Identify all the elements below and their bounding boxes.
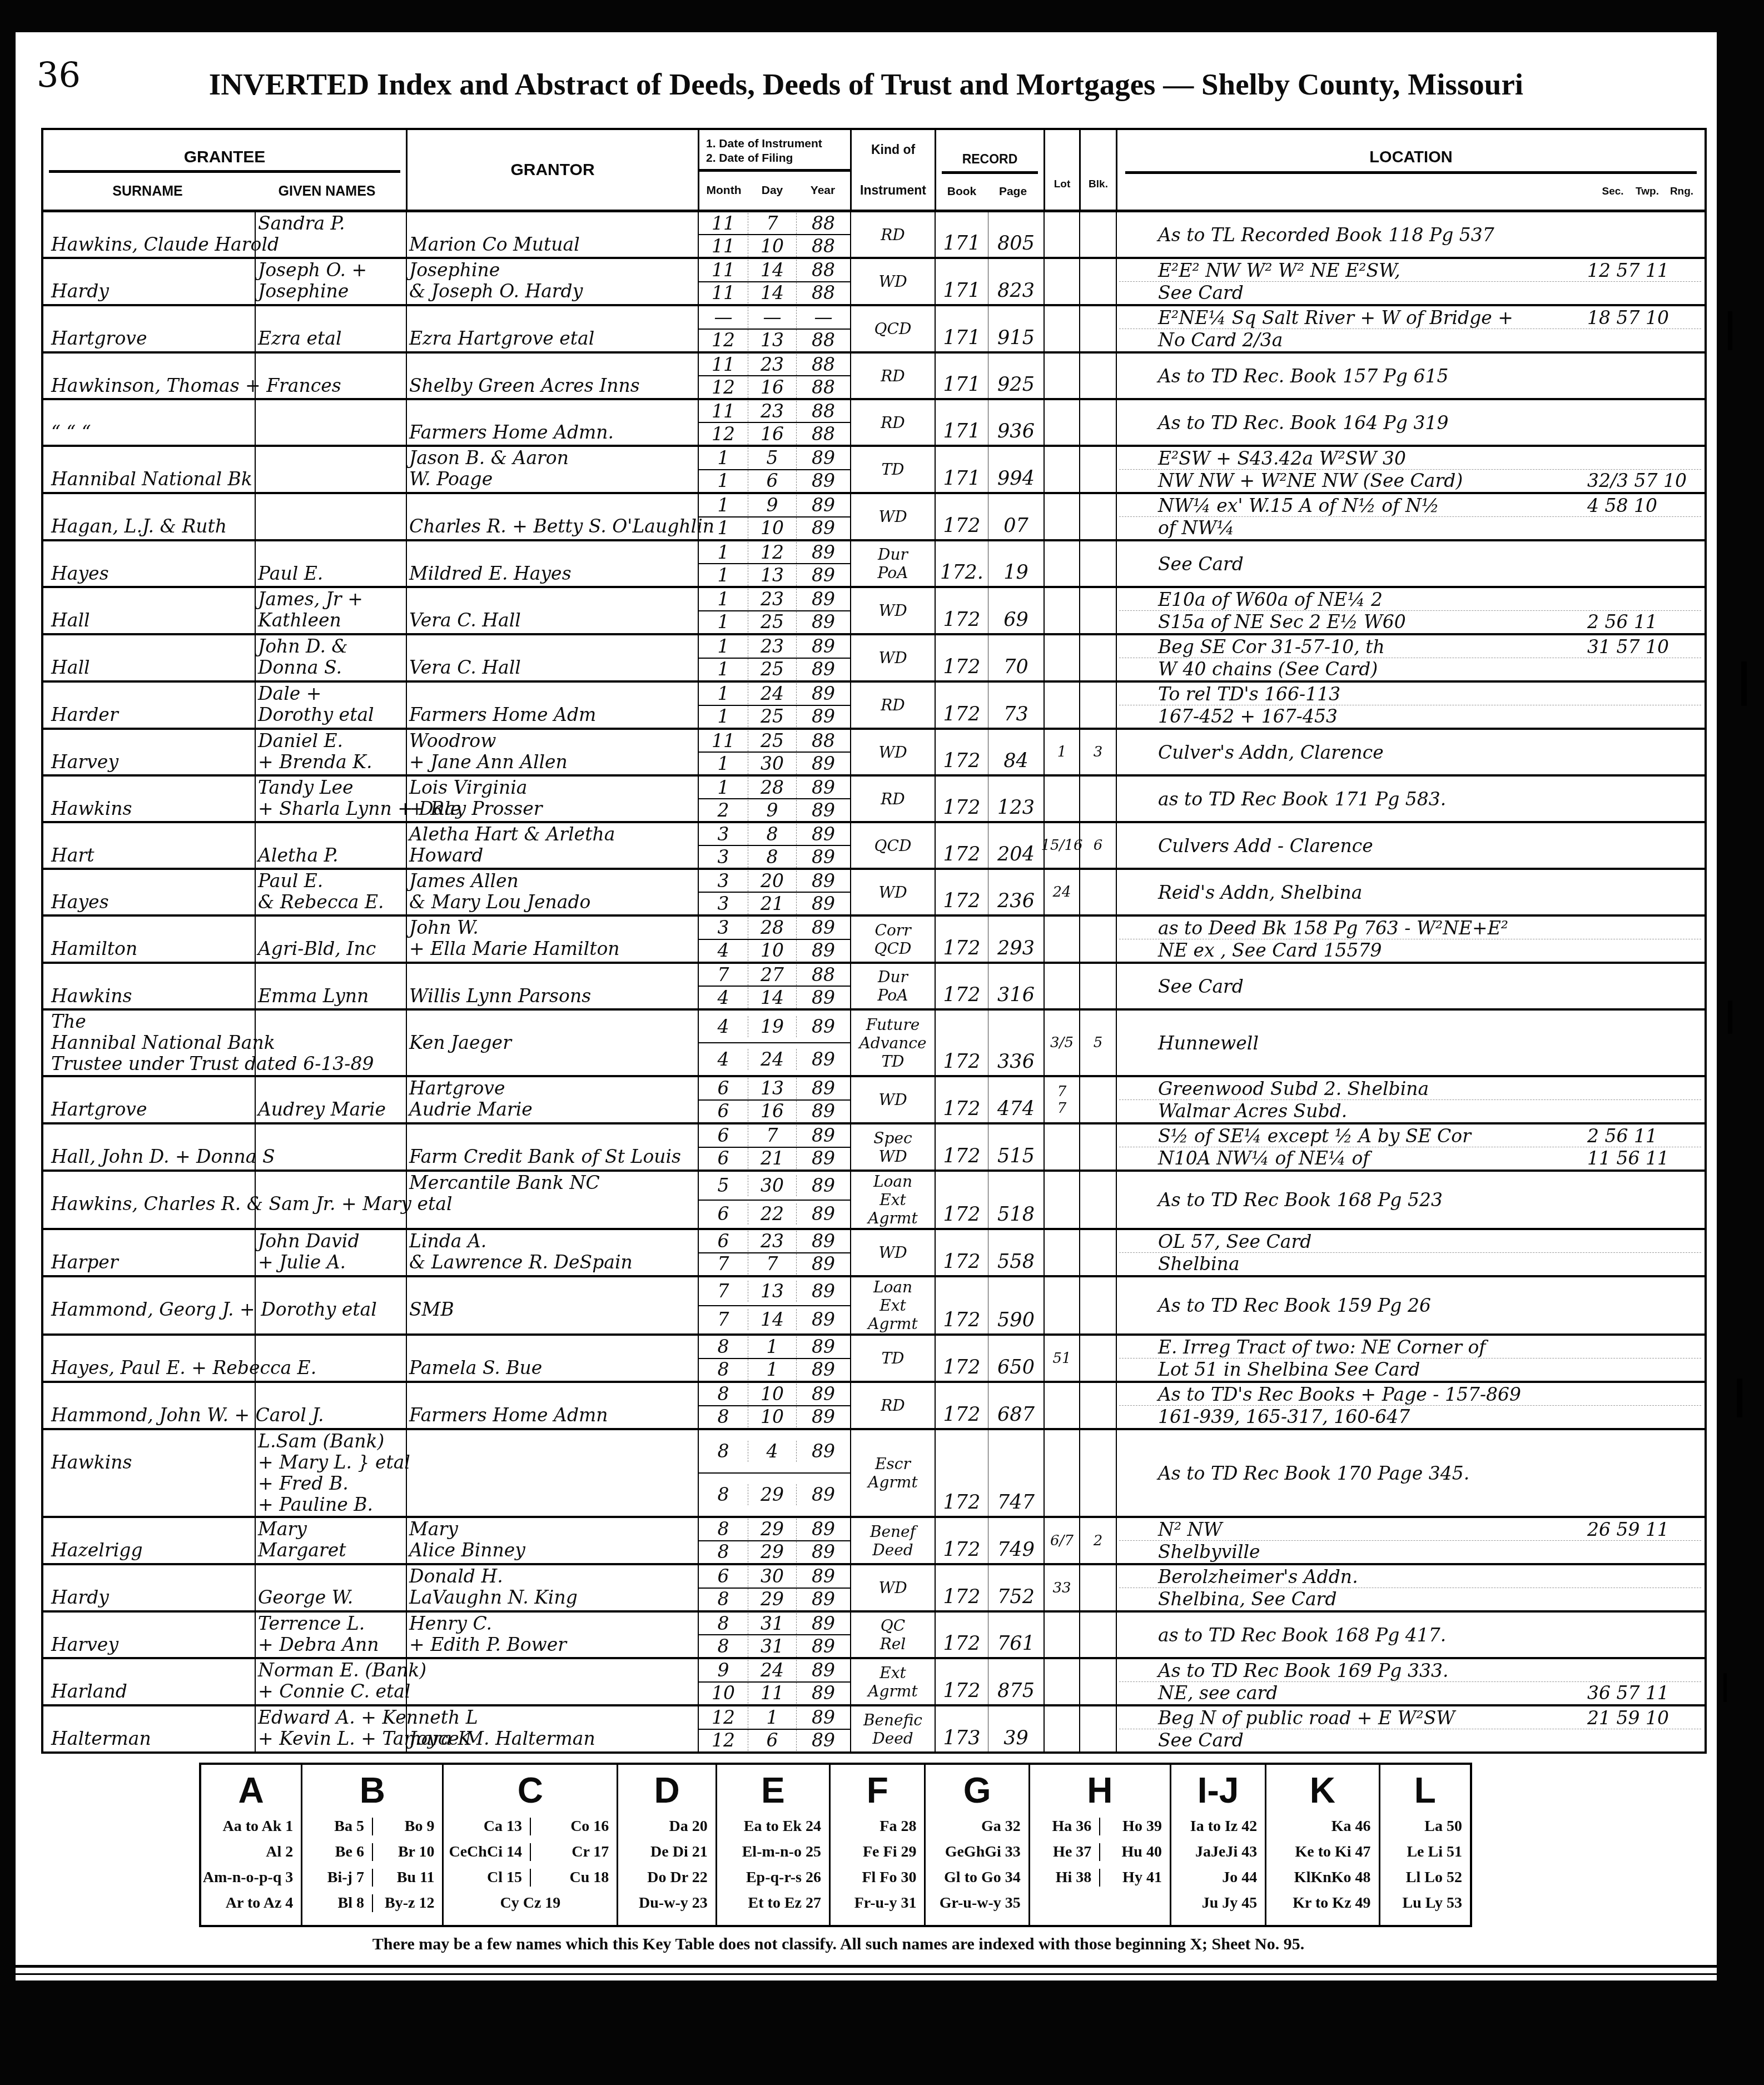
date-cell: 198911089 [698, 494, 850, 539]
blk-value [1079, 870, 1116, 914]
grantor: Willis Lynn Parsons [406, 964, 698, 1008]
record-page: 70 [988, 635, 1044, 680]
blk-value: 5 [1079, 1011, 1116, 1075]
key-entry: Hu 40 [1099, 1843, 1170, 1861]
lot-value [1044, 1659, 1079, 1704]
grantee-given-names: John David+ Julie A. [255, 1230, 406, 1275]
grantee-surname: Harvey [43, 1613, 255, 1657]
table-row: HarderDale +Dorothy etalFarmers Home Adm… [43, 683, 1705, 730]
record-book: 171 [935, 306, 988, 351]
key-row: GeGhGi 33 [926, 1839, 1028, 1865]
key-row: Be 6Br 10 [302, 1839, 442, 1865]
key-entry: Ea to Ek 24 [717, 1818, 829, 1835]
grantee-surname: Hartgrove [43, 306, 255, 351]
date-cell: 678962189 [698, 1124, 850, 1170]
record-book: 172 [935, 1565, 988, 1610]
grantee-surname: Hawkins, Claude Harold [43, 212, 255, 257]
key-entry: Ll Lo 52 [1380, 1869, 1470, 1887]
grantee-given-names [255, 1011, 406, 1075]
grantee-given-names: James, Jr +Kathleen [255, 588, 406, 633]
record-page: 69 [988, 588, 1044, 633]
location-cell: Culver's Addn, Clarence [1116, 730, 1705, 774]
lot-value: 7 7 [1044, 1077, 1079, 1122]
date-of-filing: 7789 [699, 1253, 850, 1276]
key-row: Fa 28 [831, 1814, 924, 1839]
record-page: 687 [988, 1383, 1044, 1428]
location-line: OL 57, See Card [1119, 1231, 1701, 1253]
table-row: HayesPaul E.& Rebecca E.James Allen& Mar… [43, 870, 1705, 917]
key-row: Cy Cz 19 [444, 1890, 617, 1916]
record-book: 172. [935, 541, 988, 586]
blk-value [1079, 1077, 1116, 1122]
lot-value [1044, 635, 1079, 680]
location-line: S½ of SE¼ except ½ A by SE Cor2 56 11 [1119, 1125, 1701, 1147]
key-entry: Cl 15 [444, 1869, 529, 1887]
blk-value [1079, 777, 1116, 821]
key-letter: E [717, 1767, 829, 1814]
record-book: 171 [935, 400, 988, 445]
table-row: HaltermanEdward A. + Kenneth L+ Kevin L.… [43, 1706, 1705, 1751]
key-letter: F [831, 1767, 924, 1814]
date-of-filing: 2989 [699, 799, 850, 821]
date-of-filing: 61689 [699, 1101, 850, 1123]
date-cell: 128892989 [698, 777, 850, 821]
location-line: As to TD Rec. Book 157 Pg 615 [1119, 365, 1701, 387]
grantee-surname: Hall [43, 635, 255, 680]
grantee-surname: Hawkinson, Thomas + Frances [43, 354, 255, 398]
location-line: NW NW + W²NE NW (See Card)32/3 57 10 [1119, 470, 1701, 491]
kind-of-instrument: WD [850, 730, 935, 774]
record-page: 752 [988, 1565, 1044, 1610]
blk-value: 6 [1079, 823, 1116, 868]
key-column: HHa 36Ho 39He 37Hu 40Hi 38Hy 41 [1028, 1765, 1170, 1925]
key-column: GGa 32GeGhGi 33Gl to Go 34Gr-u-w-y 35 [924, 1765, 1028, 1925]
record-page: 316 [988, 964, 1044, 1008]
location-line: As to TL Recorded Book 118 Pg 537 [1119, 224, 1701, 246]
key-letter: D [618, 1767, 715, 1814]
key-entry: Bl 8 [302, 1894, 372, 1912]
grantor: Lois Virginia+ Ray Prosser [406, 777, 698, 821]
lot-label: Lot [1054, 178, 1071, 191]
grantee-given-names: George W. [255, 1565, 406, 1610]
key-entry: Co 16 [530, 1818, 617, 1835]
key-letter: B [302, 1767, 442, 1814]
blk-value [1079, 1336, 1116, 1381]
location-line: See Card [1119, 282, 1701, 303]
table-row: Hagan, L.J. & RuthCharles R. + Betty S. … [43, 494, 1705, 541]
date-of-filing: 41089 [699, 940, 850, 962]
grantee-given-names: Tandy Lee+ Sharla Lynn + Dale [255, 777, 406, 821]
key-letter: C [444, 1767, 617, 1814]
table-row: Hawkinson, Thomas + FrancesShelby Green … [43, 354, 1705, 400]
key-entry: Aa to Ak 1 [201, 1818, 301, 1835]
kind-of-instrument: RD [850, 212, 935, 257]
lot-value [1044, 1124, 1079, 1170]
key-entry: Fr-u-y 31 [831, 1894, 924, 1912]
date-cell: 5308962289 [698, 1172, 850, 1228]
key-row: Da 20 [618, 1814, 715, 1839]
location-line: 167-452 + 167-453 [1119, 705, 1701, 727]
record-book: 172 [935, 777, 988, 821]
record-page: 19 [988, 541, 1044, 586]
location-line: As to TD Rec Book 168 Pg 523 [1119, 1189, 1701, 1211]
grantee-surname: Hardy [43, 1565, 255, 1610]
key-entry: Ep-q-r-s 26 [717, 1869, 829, 1887]
date-of-filing: 82989 [699, 1474, 850, 1516]
record-page: 747 [988, 1430, 1044, 1516]
surname-key-table: AAa to Ak 1Al 2Am-n-o-p-q 3Ar to Az 4BBa… [199, 1763, 1472, 1927]
date-of-instrument: 32089 [699, 870, 850, 893]
key-letter: I-J [1171, 1767, 1265, 1814]
grantee-given-names: Paul E.& Rebecca E. [255, 870, 406, 914]
deeds-index-table: GRANTEE SURNAME GIVEN NAMES GRANTOR 1. D… [41, 128, 1707, 1754]
date-of-instrument: 12889 [699, 777, 850, 799]
table-header: GRANTEE SURNAME GIVEN NAMES GRANTOR 1. D… [43, 130, 1705, 212]
key-entry: Bi-j 7 [302, 1869, 372, 1887]
key-entry: De Di 21 [618, 1843, 715, 1861]
grantee-given-names [255, 1277, 406, 1333]
table-row: HardyJoseph O. +JosephineJosephine& Jose… [43, 259, 1705, 306]
key-entry: Ia to Iz 42 [1171, 1818, 1265, 1835]
date-cell: 3208932189 [698, 870, 850, 914]
record-page: 336 [988, 1011, 1044, 1075]
table-row: Hawkins, Claude HaroldSandra P.Marion Co… [43, 212, 1705, 259]
location-cell: S½ of SE¼ except ½ A by SE Cor2 56 11N10… [1116, 1124, 1705, 1170]
key-row: Ga 32 [926, 1814, 1028, 1839]
lot-value [1044, 259, 1079, 304]
record-page: 590 [988, 1277, 1044, 1333]
lot-value [1044, 1430, 1079, 1516]
grantee-given-names: L.Sam (Bank)+ Mary L. } etal+ Fred B.+ P… [255, 1430, 406, 1516]
date-of-instrument: 63089 [699, 1565, 850, 1589]
location-cell: Beg N of public road + E W²SW21 59 10See… [1116, 1706, 1705, 1751]
key-entry: GeGhGi 33 [926, 1843, 1028, 1861]
grantee-surname: Hagan, L.J. & Ruth [43, 494, 255, 539]
grantee-given-names: John D. &Donna S. [255, 635, 406, 680]
date-of-instrument: 71389 [699, 1277, 850, 1306]
table-row: HazelriggMaryMargaretMaryAlice Binney829… [43, 1518, 1705, 1565]
record-page: 515 [988, 1124, 1044, 1170]
key-row: Hi 38Hy 41 [1030, 1865, 1170, 1890]
grantee-surname: Hawkins [43, 964, 255, 1008]
record-page: 749 [988, 1518, 1044, 1563]
key-entry: KlKnKo 48 [1266, 1869, 1378, 1887]
lot-value: 51 [1044, 1336, 1079, 1381]
key-entry: Be 6 [302, 1843, 372, 1861]
record-page: 204 [988, 823, 1044, 868]
date-of-instrument: 12189 [699, 1706, 850, 1730]
grantee-surname: Hayes, Paul E. + Rebecca E. [43, 1336, 255, 1381]
kind-of-instrument: DurPoA [850, 541, 935, 586]
key-column: CCa 13Co 16CeChCi 14Cr 17Cl 15Cu 18Cy Cz… [442, 1765, 617, 1925]
key-entry: Du-w-y 23 [618, 1894, 715, 1912]
key-entry: Ho 39 [1099, 1818, 1170, 1835]
blk-value [1079, 212, 1116, 257]
grantee-surname: Hawkins [43, 777, 255, 821]
rng-label: Rng. [1664, 186, 1699, 198]
key-entry: Lu Ly 53 [1380, 1894, 1470, 1912]
grantee-surname: “ “ “ [43, 400, 255, 445]
grantee-given-names [255, 1124, 406, 1170]
book-label: Book [936, 185, 987, 198]
column-header-grantor: GRANTOR [406, 130, 698, 210]
record-book: 172 [935, 1077, 988, 1122]
ledger-page: 36 INVERTED Index and Abstract of Deeds,… [16, 32, 1717, 1980]
grantee-given-names: Joseph O. +Josephine [255, 259, 406, 304]
date-cell: 1218912689 [698, 1706, 850, 1751]
record-page: 875 [988, 1659, 1044, 1704]
date-of-filing: 81089 [699, 1406, 850, 1429]
grantee-given-names [255, 1336, 406, 1381]
grantee-surname: Hayes [43, 541, 255, 586]
date-of-instrument: 3889 [699, 823, 850, 846]
key-column: KKa 46Ke to Ki 47KlKnKo 48Kr to Kz 49 [1265, 1765, 1378, 1925]
divider-rule [16, 1965, 1717, 1975]
table-row: HallJohn D. &Donna S.Vera C. Hall1238912… [43, 635, 1705, 683]
key-row: Ha 36Ho 39 [1030, 1814, 1170, 1839]
table-row: HarveyDaniel E.+ Brenda K.Woodrow+ Jane … [43, 730, 1705, 777]
key-row: Fe Fi 29 [831, 1839, 924, 1865]
location-cell: E. Irreg Tract of two: NE Corner ofLot 5… [1116, 1336, 1705, 1381]
grantee-surname: Hartgrove [43, 1077, 255, 1122]
record-book: 172 [935, 1124, 988, 1170]
scan-artifact [1741, 661, 1747, 706]
record-book: 172 [935, 917, 988, 962]
grantee-surname: Halterman [43, 1706, 255, 1751]
key-column: I-JIa to Iz 42JaJeJi 43Jo 44Ju Jy 45 [1170, 1765, 1265, 1925]
grantee-surname: Hayes [43, 870, 255, 914]
date-cell: 11258813089 [698, 730, 850, 774]
key-row: He 37Hu 40 [1030, 1839, 1170, 1865]
location-line: N10A NW¼ of NE¼ of11 56 11 [1119, 1147, 1701, 1169]
key-row: Ke to Ki 47 [1266, 1839, 1378, 1865]
location-line: E²SW + S43.42a W²SW 30 [1119, 447, 1701, 470]
location-cell: See Card [1116, 964, 1705, 1008]
table-row: Hannibal National BkJason B. & AaronW. P… [43, 447, 1705, 494]
record-page: 236 [988, 870, 1044, 914]
lot-value: 33 [1044, 1565, 1079, 1610]
location-cell: Beg SE Cor 31-57-10, th31 57 10W 40 chai… [1116, 635, 1705, 680]
location-line: Shelbina [1119, 1253, 1701, 1275]
date-of-filing: 83189 [699, 1635, 850, 1657]
location-cell: Culvers Add - Clarence [1116, 823, 1705, 868]
date-of-filing: 82989 [699, 1589, 850, 1611]
blk-value [1079, 259, 1116, 304]
date-of-instrument: 112388 [699, 400, 850, 423]
key-column: LLa 50Le Li 51Ll Lo 52Lu Ly 53 [1379, 1765, 1470, 1925]
location-line: Beg N of public road + E W²SW21 59 10 [1119, 1707, 1701, 1729]
date-cell: ———121388 [698, 306, 850, 351]
grantee-given-names: Emma Lynn [255, 964, 406, 1008]
grantor: Donald H.LaVaughn N. King [406, 1565, 698, 1610]
table-row: HardyGeorge W.Donald H.LaVaughn N. King6… [43, 1565, 1705, 1613]
date-cell: 81898189 [698, 1336, 850, 1381]
key-row: KlKnKo 48 [1266, 1865, 1378, 1890]
kind-of-instrument: LoanExtAgrmt [850, 1277, 935, 1333]
date-of-filing: 13089 [699, 753, 850, 774]
record-book: 171 [935, 354, 988, 398]
grantor: Farmers Home Admn [406, 1383, 698, 1428]
grantee-surname: Hammond, John W. + Carol J. [43, 1383, 255, 1428]
key-entry: Le Li 51 [1380, 1843, 1470, 1861]
column-header-location: LOCATION Sec. Twp. Rng. [1116, 130, 1705, 210]
grantee-surname: Hardy [43, 259, 255, 304]
record-book: 172 [935, 823, 988, 868]
table-body: Hawkins, Claude HaroldSandra P.Marion Co… [43, 212, 1705, 1751]
date-of-instrument: ——— [699, 306, 850, 330]
grantor: Josephine& Joseph O. Hardy [406, 259, 698, 304]
kind-of-instrument: WD [850, 494, 935, 539]
key-entry: Fl Fo 30 [831, 1869, 924, 1887]
twp-label: Twp. [1630, 186, 1664, 198]
record-book: 172 [935, 683, 988, 728]
key-letter: L [1380, 1767, 1470, 1814]
key-entry: La 50 [1380, 1818, 1470, 1835]
date-of-filing: 3889 [699, 846, 850, 868]
lot-value [1044, 212, 1079, 257]
kind-of-instrument: EscrAgrmt [850, 1430, 935, 1516]
grantor: Ken Jaeger [406, 1011, 698, 1075]
location-line: No Card 2/3a [1119, 329, 1701, 351]
record-page: 07 [988, 494, 1044, 539]
key-row: Do Dr 22 [618, 1865, 715, 1890]
page-header: 36 INVERTED Index and Abstract of Deeds,… [16, 44, 1717, 128]
table-row: HawkinsL.Sam (Bank)+ Mary L. } etal+ Fre… [43, 1430, 1705, 1518]
key-row: Fl Fo 30 [831, 1865, 924, 1890]
key-row: Ll Lo 52 [1380, 1865, 1470, 1890]
key-row: Am-n-o-p-q 3 [201, 1865, 301, 1890]
lot-value [1044, 1172, 1079, 1228]
record-page: 39 [988, 1706, 1044, 1751]
location-line: As to TD Rec. Book 164 Pg 319 [1119, 412, 1701, 434]
key-row: Bl 8By-z 12 [302, 1890, 442, 1916]
grantor: Vera C. Hall [406, 635, 698, 680]
date-of-filing: 71489 [699, 1306, 850, 1334]
grantor: Jason B. & AaronW. Poage [406, 447, 698, 492]
date-of-filing: 12589 [699, 611, 850, 634]
key-row: De Di 21 [618, 1839, 715, 1865]
date-of-filing: 111088 [699, 235, 850, 257]
kind-of-instrument: WD [850, 635, 935, 680]
blk-value [1079, 588, 1116, 633]
key-entry: Fe Fi 29 [831, 1843, 924, 1861]
grantee-surname: Hawkins, Charles R. & Sam Jr. + Mary eta… [43, 1172, 255, 1228]
kind-of-instrument: QCD [850, 823, 935, 868]
date-of-instrument: 12389 [699, 588, 850, 611]
location-line: See Card [1119, 1729, 1701, 1751]
grantee-surname: TheHannibal National BankTrustee under T… [43, 1011, 255, 1075]
kind-of-instrument: WD [850, 1077, 935, 1122]
blk-label: Blk. [1089, 178, 1108, 191]
key-row: Ia to Iz 42 [1171, 1814, 1265, 1839]
date-of-instrument-label: 1. Date of Instrument [706, 137, 850, 151]
date-of-instrument: 41989 [699, 1011, 850, 1043]
date-cell: 1238912589 [698, 635, 850, 680]
date-of-filing: 32189 [699, 893, 850, 914]
grantor: Farmers Home Adm [406, 683, 698, 728]
column-header-lot: Lot [1044, 130, 1079, 210]
key-entry: Kr to Kz 49 [1266, 1894, 1378, 1912]
scanned-ledger-page: { "page": { "number": "36", "title": "IN… [0, 0, 1764, 2085]
grantor: Vera C. Hall [406, 588, 698, 633]
key-row: El-m-n-o 25 [717, 1839, 829, 1865]
given-names-label: GIVEN NAMES [252, 183, 402, 200]
key-row: La 50 [1380, 1814, 1470, 1839]
blk-value [1079, 447, 1116, 492]
record-book: 172 [935, 1430, 988, 1516]
date-cell: 7278841489 [698, 964, 850, 1008]
grantor: Mildred E. Hayes [406, 541, 698, 586]
kind-of-instrument: RD [850, 1383, 935, 1428]
lot-value [1044, 400, 1079, 445]
grantor: Linda A.& Lawrence R. DeSpain [406, 1230, 698, 1275]
record-label: RECORD [942, 130, 1038, 174]
key-letter: A [201, 1767, 301, 1814]
date-of-filing: 62189 [699, 1148, 850, 1170]
kind-of-instrument: DurPoA [850, 964, 935, 1008]
date-of-filing: 121688 [699, 376, 850, 398]
date-of-filing: 62289 [699, 1201, 850, 1228]
page-title: INVERTED Index and Abstract of Deeds, De… [16, 67, 1717, 102]
location-line: Berolzheimer's Addn. [1119, 1566, 1701, 1588]
record-page: 474 [988, 1077, 1044, 1122]
lot-value: 6/7 [1044, 1518, 1079, 1563]
grantor: Charles R. + Betty S. O'Laughlin [406, 494, 698, 539]
table-row: Hammond, Georg J. + Dorothy etalSMB71389… [43, 1277, 1705, 1336]
key-column: AAa to Ak 1Al 2Am-n-o-p-q 3Ar to Az 4 [201, 1765, 301, 1925]
grantee-given-names [255, 494, 406, 539]
key-entry: JaJeJi 43 [1171, 1843, 1265, 1861]
date-cell: 8108981089 [698, 1383, 850, 1428]
column-header-record: RECORD Book Page [935, 130, 1044, 210]
date-of-instrument: 1589 [699, 447, 850, 470]
grantee-surname: Hazelrigg [43, 1518, 255, 1563]
key-entry: Bo 9 [372, 1818, 443, 1835]
key-row: Cl 15Cu 18 [444, 1865, 617, 1890]
record-page: 558 [988, 1230, 1044, 1275]
table-row: HawkinsEmma LynnWillis Lynn Parsons72788… [43, 964, 1705, 1011]
location-cell: As to TD Rec Book 169 Pg 333.NE, see car… [1116, 1659, 1705, 1704]
location-cell: E10a of W60a of NE¼ 2S15a of NE Sec 2 E½… [1116, 588, 1705, 633]
record-book: 172 [935, 730, 988, 774]
record-book: 172 [935, 870, 988, 914]
key-row: Le Li 51 [1380, 1839, 1470, 1865]
date-cell: 3288941089 [698, 917, 850, 962]
key-entry: Cy Cz 19 [444, 1894, 617, 1912]
table-row: HartgroveAudrey MarieHartgroveAudrie Mar… [43, 1077, 1705, 1124]
instrument-label: Instrument [860, 183, 926, 198]
date-cell: 7138971489 [698, 1277, 850, 1333]
date-cell: 8298982989 [698, 1518, 850, 1563]
date-of-filing: 41489 [699, 987, 850, 1008]
key-row: JaJeJi 43 [1171, 1839, 1265, 1865]
location-line: as to Deed Bk 158 Pg 763 - W²NE+E² [1119, 917, 1701, 939]
key-entry: Et to Ez 27 [717, 1894, 829, 1912]
grantor: James Allen& Mary Lou Jenado [406, 870, 698, 914]
grantee-surname: Hammond, Georg J. + Dorothy etal [43, 1277, 255, 1333]
grantee-label: GRANTEE [49, 130, 400, 173]
date-of-instrument: 92489 [699, 1659, 850, 1683]
grantee-given-names: Norman E. (Bank)+ Connie C. etal [255, 1659, 406, 1704]
key-entry: By-z 12 [372, 1894, 443, 1912]
blk-value [1079, 1565, 1116, 1610]
grantor: Marion Co Mutual [406, 212, 698, 257]
grantee-surname: Harvey [43, 730, 255, 774]
sec-label: Sec. [1596, 186, 1630, 198]
date-of-instrument: 1989 [699, 494, 850, 517]
key-entry: Al 2 [201, 1843, 301, 1861]
kind-of-instrument: RD [850, 683, 935, 728]
